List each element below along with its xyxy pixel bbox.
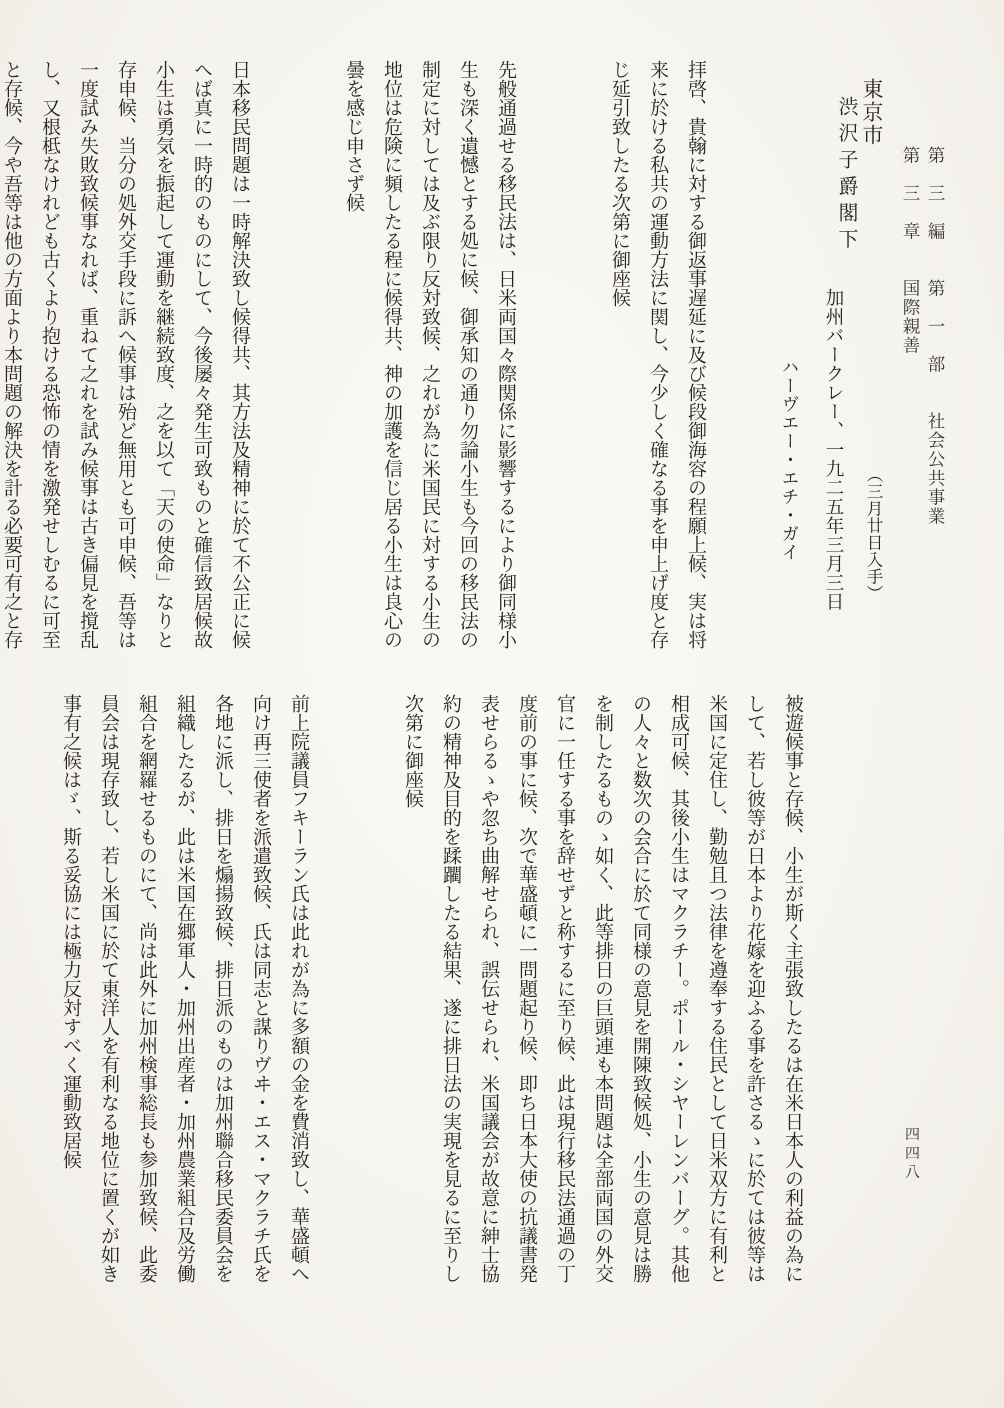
addressee-city: 東京市 <box>857 78 887 147</box>
paragraph-greeting: 拝啓、貴翰に対する御返事遅延に及び候段御海容の程願上候、実は将来に於ける私共の運… <box>600 60 714 653</box>
letter-body-top: 拝啓、貴翰に対する御返事遅延に及び候段御海容の程願上候、実は将来に於ける私共の運… <box>45 60 790 653</box>
chapter-header: 第 三 編 第 一 部 社会公共事業 第 三 章 国際親善 <box>899 146 949 576</box>
paragraph-brides: 被遊候事と存候、小生が斯く主張致したるは在米日本人の利益の為にして、若し彼等が日… <box>393 694 811 1287</box>
letter-body-bottom: 被遊候事と存候、小生が斯く主張致したるは在米日本人の利益の為にして、若し彼等が日… <box>37 694 887 1287</box>
scanned-book-page: 第 三 編 第 一 部 社会公共事業 第 三 章 国際親善 四四八 東京市 渋沢… <box>0 0 1004 1408</box>
paragraph-mission: 日本移民問題は一時解決致し候得共、其方法及精神に於て不公正に候へば真に一時的のも… <box>0 60 258 653</box>
page-number: 四四八 <box>901 1126 922 1183</box>
paragraph-phelan: 前上院議員フキーラン氏は此れが為に多額の金を費消致し、華盛頓へ向け再三使者を派遣… <box>51 694 317 1287</box>
letter-dateline: 加州バークレー、一九二五年三月三日 <box>820 288 846 611</box>
addressee-name: 渋沢子爵閣下 <box>832 96 861 255</box>
paragraph-immigration-law: 先般通過せる移民法は、日米両国々際関係に影響するにより御同様小生も深く遺憾とする… <box>334 60 524 653</box>
received-date-note: （三月廿日入手） <box>861 466 885 602</box>
